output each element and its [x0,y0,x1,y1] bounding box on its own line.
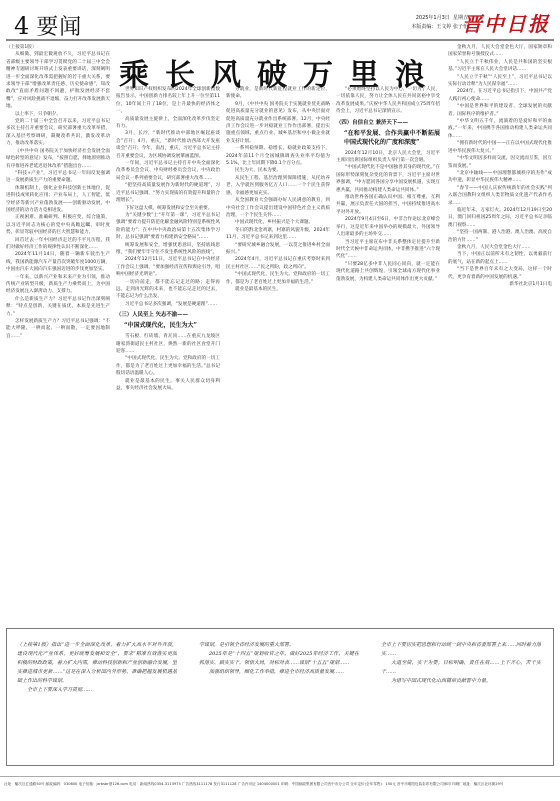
paragraph: “当下是世界百年未有之大变局，这样一个时代，更孕育着新的中国发展的机遇。” [448,266,552,281]
newspaper-masthead: 晋中日报 [462,8,550,37]
paragraph: 就业是最基本的民生。 [226,286,330,293]
article-column-1: （上接第1版） 从细微、到最宏微观放不久，习近平总书记在省部级主要领导干部学习贯… [6,44,110,616]
paragraph: 2024年12月10日，北京人民大会堂，习近平主席同出席国际组织负责人举行第一次… [336,150,440,165]
page-number: 4 [14,12,30,40]
commentary-paragraph: 加强组织领导，细化工作举措，推进全市经济高质量发展…… [199,668,359,677]
editors-credit: 本版责编：王文婷 张子怡 [411,23,468,32]
article-column-5: 金秋九月，人民大会堂金色大厅，国家勋章和国家荣誉称号颁授仪式…… “人民立于千秋… [448,44,552,616]
paragraph: 就业是最基本的民生。事关人民群众切身利益，事关经济社会发展大局。 [116,378,220,393]
paragraph: 《中共中央 国务院关于加快经济社会发展全面绿色转型的意见》发布，“按照自愿、择地… [6,148,110,170]
paragraph: “中华文明因多样而交流，因交流而互鉴，因互鉴而发展。” [448,155,552,170]
paragraph: 下好这盘大棋，统筹发展和安全至关重要。 [116,205,220,212]
header-rule [6,39,554,41]
commentary-paragraph: 全市上下要切实把思想和行动统一到中央和省委部署上来……同时着力落实…… [381,641,541,659]
paragraph: “必须始终坚持以人民为中心，一切为了人民，一切依靠人民，努力让全体人民在共同富裕… [336,86,440,116]
paragraph: “春节——中国人庆祝传统新年的社会实践”列入联合国教科文组织人类非物质文化遗产代… [448,185,552,207]
paragraph: “北京中轴线——中国理想都城秩序的杰作”成功申遗，彰显中华民族伟大精神…… [448,170,552,185]
paragraph: 为“关键少数”上“开年第一课”，习近平总书记强调“要着力提升防范化解金融风险特别… [116,212,220,242]
paragraph: 2024年4月，习近平总书记在重庆考察时来到民主村社区……“民之所盼，政之所向”… [226,256,330,271]
paragraph: “中国式现代化，民生为大。党和政府的一切工作，都是为了老百姓过上更加幸福的生活。… [116,355,220,377]
page-header: 4要闻 2025年1月3日 星期五 本版责编：王文婷 张子怡 晋中日报 [0,0,560,42]
paragraph: “中华文明五千年，流淌着的是爱好和平的血液。”一年来，中国携手各国推动构建人类命… [448,118,552,140]
commentary-paragraph: 全市上下要深入学习贯彻…… [17,686,177,695]
commentary-paragraph: 2025年是“十四五”规划收官之年，做好2025年经济工作，关键在抓落实、做实实… [199,650,359,668]
page-number-section: 4要闻 [14,10,82,41]
article-column-3: 分就业，是新时代新征程就业工作的新定位、新使命。 9月，《中共中央 国务院关于实… [226,86,330,616]
paragraph: 一系列稳预期、稳增长、稳就业政策支持下，2024年前11个月全国城镇调查失业率平… [226,145,330,167]
section-name: 要闻 [36,15,82,40]
paragraph: 一年来，以新兴产业和未来产业为引领，推动传统产业转型升级，新质生产力乘势而上，为… [6,274,110,296]
paragraph: 2024年，在习近平总书记指引下，中国共产党人践行初心使命…… [448,88,552,103]
article-body: （上接第1版） 从细微、到最宏微观放不久，习近平总书记在省部级主要领导干部学习贯… [6,44,554,616]
paragraph: 习近平总书记多次强调，“发展是硬道理”…… [116,301,220,308]
paragraph: 党的二十届三中全会召开以来，习近平总书记多次主持召开重要会议，研究部署重大改革举… [6,118,110,148]
paragraph: 2024年9月4日至6日，中非合作论坛北京峰会举行，这是近年来中国举办的规模最大… [336,216,440,238]
paragraph: 体制机制上，强化企业科技创新主体地位，促进科技成果转化应用；产业布局上，人工智能… [6,185,110,215]
paragraph: 2024年12月11日，习近平总书记在中央经济工作会议上强调，“要加强经济宣传和… [116,256,220,278]
commentary-column-2: 学谋划，是引领全省经济发展的重大部署。 2025年是“十四五”规划收官之年，做好… [199,641,359,759]
paragraph: “拥有新时代的中国——正在以中国式现代化推进中华民族伟大复兴。” [448,140,552,155]
paragraph: 高质量发展主旋律上，全面深化改革步伐坚定有力。 [116,116,220,131]
paragraph: “人民立于千秋伟业，人民是共和国的坚实根基。”习近平主席在人民大会堂讲话…… [448,59,552,74]
paragraph: 世界知识产权组织发布的2024年全球创新指数报告显示，中国创新力排名较上年上升一… [116,86,220,116]
paragraph: 2024年11月14日，随着一辆新车驶出生产线，我国新能源汽车产量首次突破年度1… [6,251,110,273]
footer-rule [0,776,560,777]
paragraph: “只要28亿多中非人民同心同向，就一定能在现代化道路上共创辉煌，引领全球南方现代… [336,261,440,283]
paragraph: 金秋九月，人民大会堂金色大厅，国家勋章和国家荣誉称号颁授仪式…… [448,44,552,59]
commentary-box: （上接第1版）指出“进一步全面深化改革，着力扩大高水平对外开放，建设现代化产业体… [6,628,554,766]
paragraph: 9月，《中共中央 国务院关于实施就业优先战略促进高质量充分就业的意见》发布，从中… [226,101,330,145]
section-heading-3: （三）人民至上 矢志不渝—— [116,311,220,319]
commentary-paragraph: 学谋划，是引领全省经济发展的重大部署。 [199,641,359,650]
paragraph: 临近年末，万家灯火。2024年12月19日至20日，澳门回归祖国25周年之际，习… [448,207,552,229]
paragraph: 民生为大，民本为要。 [226,167,330,174]
paragraph: 从全国教育大会强调办好人民满意的教育，到中央社会工作会议提出建设中国特色社会主义… [226,197,330,219]
section-heading-4: （四）自信自立 兼济天下—— [336,119,440,127]
issue-meta: 2025年1月3日 星期五 本版责编：王文婷 张子怡 [411,14,468,32]
paragraph: 怎样发展新质生产力？习近平总书记强调：“不能大呼隆、一哄而起、一哄而散，一定要因… [6,318,110,340]
paragraph: 从细微、到最宏微观放不久，习近平总书记在省部级主要领导干部学习贯彻党的二十届三中… [6,51,110,110]
section-subheading-3: “中国式现代化，民生为大” [124,321,220,330]
paragraph: “中国是世界和平的建设者、全球发展的贡献者、国际秩序的维护者。” [448,103,552,118]
section-subheading-4: “在和平发展、合作共赢中不断拓展中国式现代化的广度和深度” [344,129,440,147]
publisher-footer: 社址：榆次区汇通路50号 邮政编码：030600 电子信箱：jzrbsbr@12… [4,781,556,787]
paragraph: “中国式现代化不是中国独善其身的现代化。”在国际形势深刻复杂变化的背景下，习近平… [336,164,440,194]
paragraph: 统筹发展和安全，增强忧患意识，坚持底线思维，“我们要牢牢守住不发生系统性风险的底… [116,242,220,257]
commentary-column-3: 全市上下要切实把思想和行动统一到中央和省委部署上来……同时着力落实…… 大道至简… [381,641,541,759]
paragraph: 冬日的黔北金鸡寨，村寨的风貌升级，2024年11月，习近平总书记来到这里…… [226,227,330,242]
commentary-column-1: （上接第1版）指出“进一步全面深化改革，着力扩大高水平对外开放，建设现代化产业体… [17,641,177,759]
paragraph: 一切向前走，都不能忘记走过的路；走得再远、走到再光辉的未来，也不能忘记走过的过去… [116,279,220,301]
paragraph: 什么是新质生产力？习近平总书记作出深刻阐释：“特点是创新，关键在质优，本质是先进… [6,296,110,318]
paragraph: 当习近平主席宣布中非关系整体定位提升至新时代全天候中非命运共同体，中非携手推进“… [336,239,440,261]
paragraph: 以上率下，只争朝夕。 [6,111,110,118]
article-column-2: 世界知识产权组织发布的2024年全球创新指数报告显示，中国创新力排名较上年上升一… [116,86,220,616]
paragraph: “要研究城乡融合发展，一以贯之推进乡村全面振兴。” [226,242,330,257]
paragraph: 3月，长沙，“新时代推动中部地区崛起座谈会”召开；4月，重庆，“新时代推动西部大… [116,130,220,160]
paragraph: 中国式现代化，乡村振兴是个大课题。 [226,219,330,226]
paragraph: “把坚持高质量发展作为新时代的硬道理”，习近平总书记强调，“努力实现质的有效提升… [116,182,220,204]
paragraph: 分就业，是新时代新征程就业工作的新定位、新使命。 [226,86,330,101]
continued-from-label: （上接第1版） [6,44,110,51]
article-column-4: “必须始终坚持以人民为中心，一切为了人民，一切依靠人民，努力让全体人民在共同富裕… [336,86,440,616]
issue-date: 2025年1月3日 [416,15,450,21]
news-agency-signoff: 新华社北京1月1日电 [448,281,552,288]
commentary-paragraph: 为谱写中国式现代化山西篇章贡献晋中力量。 [381,677,541,686]
paragraph: “人民立于千秋”“人民至上”，习近平总书记以实际行动诠释“为人民谋幸福”…… [448,74,552,89]
paragraph: 回首过去一年中国经济走过的不平凡历程，我们对做好经济工作的规律性认识不断深化…… [6,237,110,252]
paragraph: “中国式现代化，民生为大。党和政府的一切工作，都是为了老百姓过上更加幸福的生活。… [226,271,330,286]
paragraph: 一年间，习近平总书记主持召开中央全面深化改革委员会会议、中央财经委员会会议、中央… [116,160,220,182]
paragraph: 当下，中国正以前所未有之韧性、以勇毅前行的底气，站在新的起点上…… [448,251,552,266]
paragraph: 正视困难、准确研判、积极应变、综合施策，以习近平同志为核心的党中央高瞻远瞩、审时… [6,214,110,236]
commentary-paragraph: （上接第1版）指出“进一步全面深化改革，着力扩大高水平对外开放，建设现代化产业体… [17,641,177,686]
paragraph: 金秋九月，人民大会堂金色大厅…… [448,244,552,251]
paragraph: 从民生工程、基层治理到保障措施，从托幼养老、入学就医到服务亿万人口……一个个民生… [226,175,330,197]
paragraph: “坚持一国两制、港人治港、澳人治澳、高度自治的方针……” [448,229,552,244]
commentary-paragraph: 大道至简，实干为要。目标明确，责任在肩……上下齐心，苦干实干…… [381,659,541,677]
paragraph: “科技+产业”，习近平总书记一年间反复强调这一发展新质生产力的重要命题。 [6,170,110,185]
paragraph: 推动世界各国正确认识中国、相互尊重、互利共赢，展示负责任大国的担当，中国持续推进… [336,194,440,216]
paragraph: 雪石板、红砖墙、青瓦顶……在重庆九龙坡区谢家湾街道民主村社区，焕然一新的社区食堂… [116,333,220,355]
